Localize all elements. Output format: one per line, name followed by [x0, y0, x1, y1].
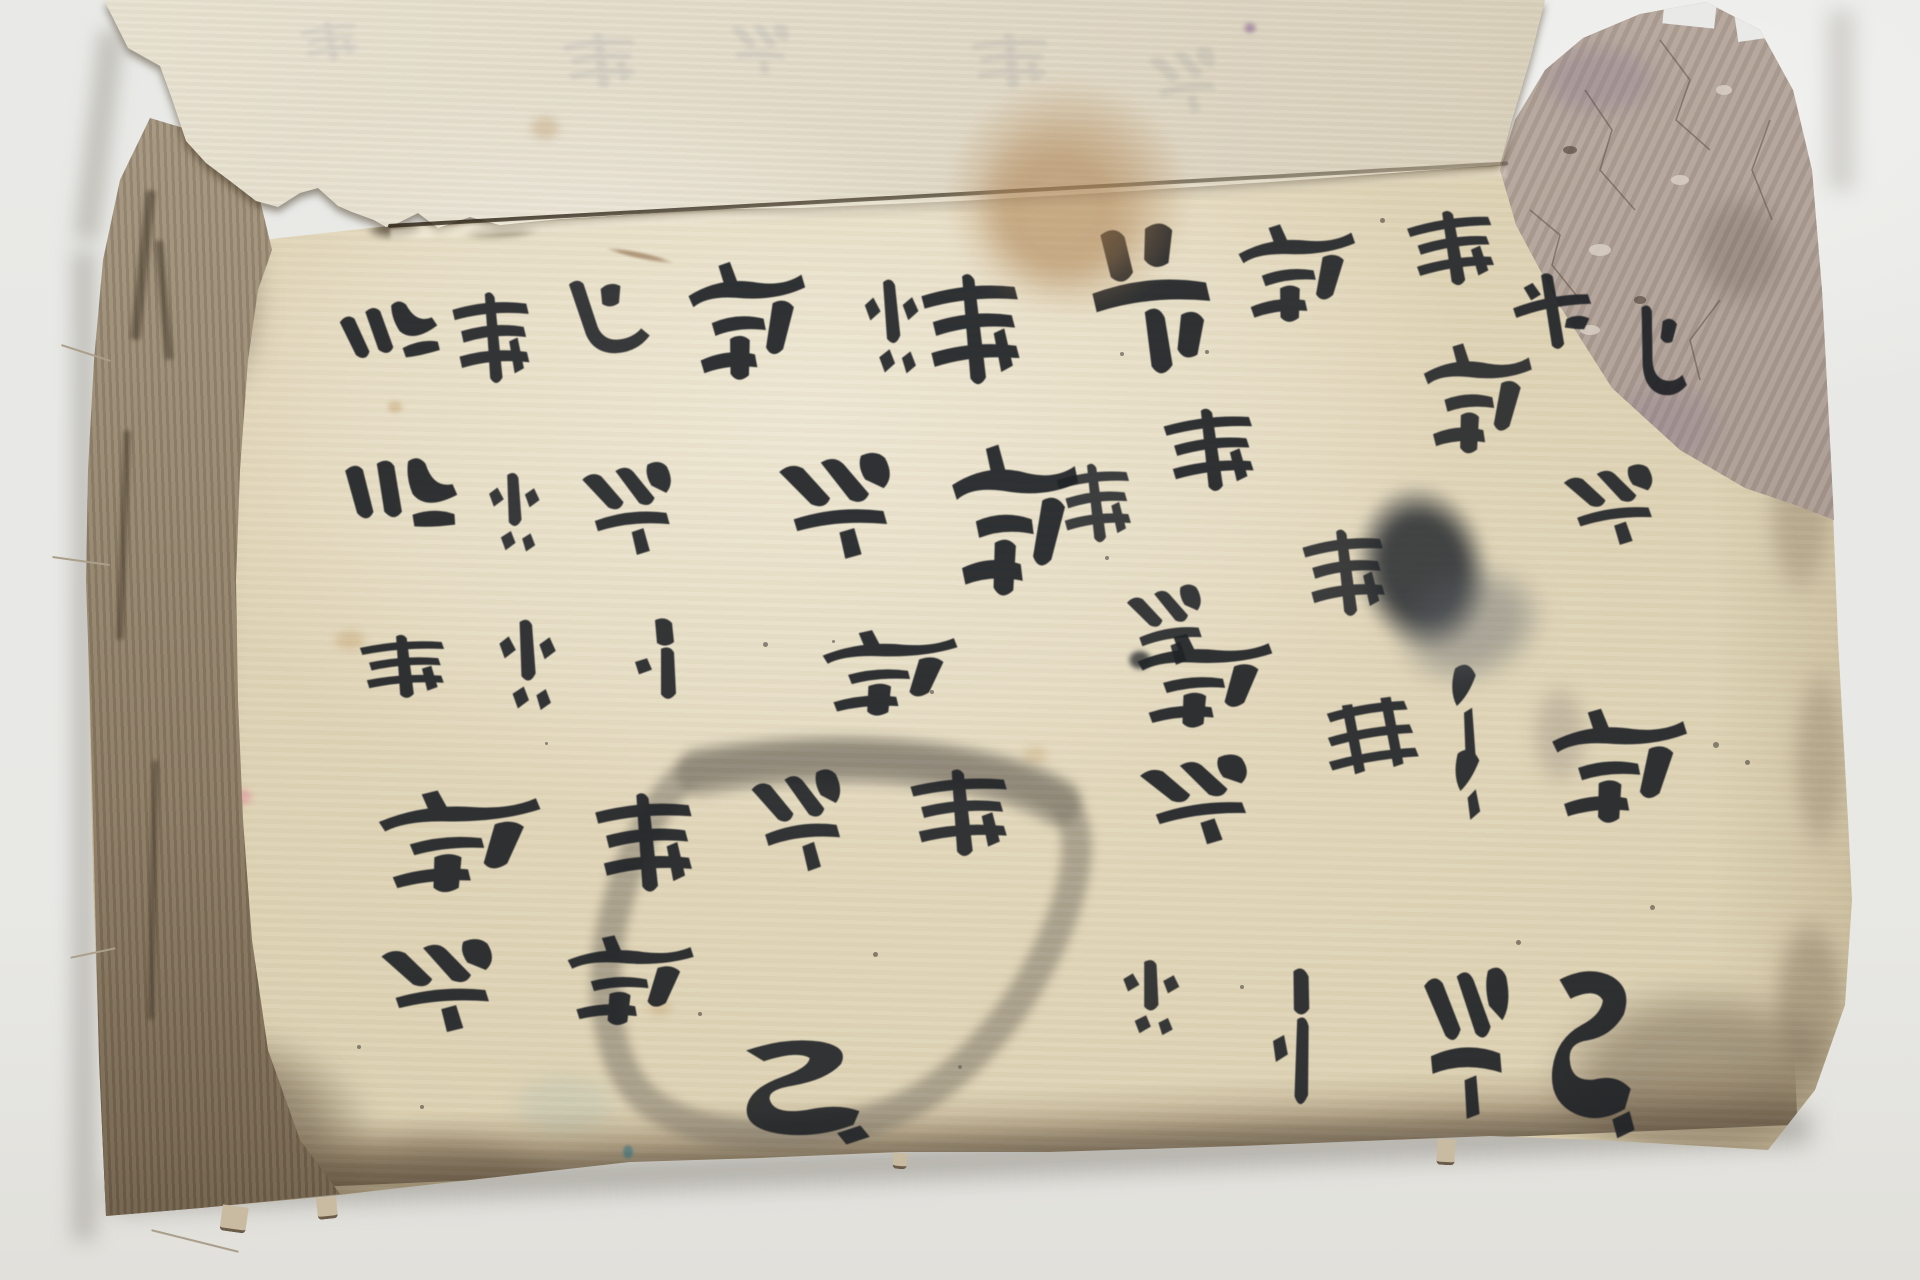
ghost-character-mark [971, 32, 1049, 90]
ghost-character-mark [562, 31, 638, 91]
ghost-character-mark [1148, 45, 1221, 117]
photo-of-open-manuscript: Photograph of an opened antique East Asi… [0, 0, 1920, 1280]
ghost-character-mark [299, 18, 360, 65]
ghost-character-mark [728, 21, 790, 76]
